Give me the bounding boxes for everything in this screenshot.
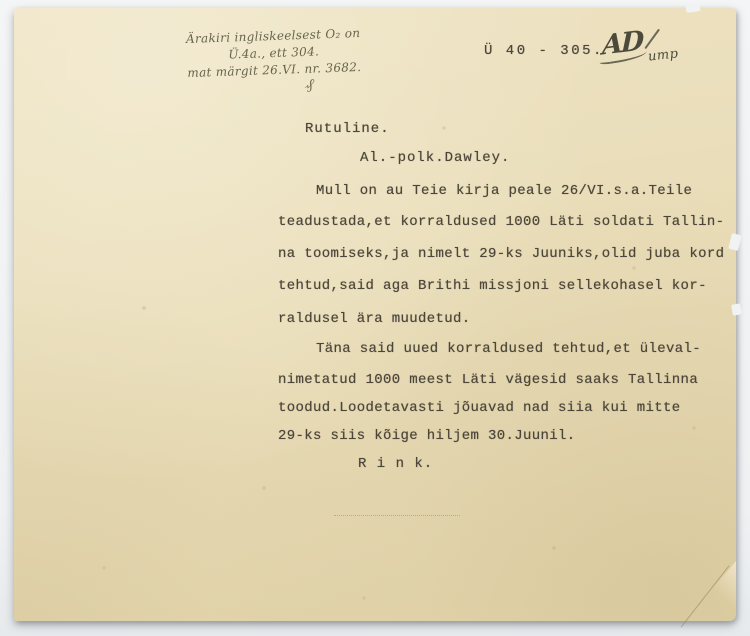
letter-line: Mull on au Teie kirja peale 26/VI.s.a.Te…: [316, 183, 692, 199]
typed-reference: Ü 40 - 305.: [484, 43, 604, 59]
letter-line: 29-ks siis kõige hiljem 30.Juunil.: [278, 428, 576, 444]
letter-line: teadustada,et korraldused 1000 Läti sold…: [278, 214, 724, 230]
dotted-fold-line: [334, 515, 460, 516]
signature-name: R i n k.: [358, 456, 433, 472]
letter-line: toodud.Loodetavasti jõuavad nad siia kui…: [278, 400, 681, 416]
letter-line: tehtud,said aga Brithi missjoni sellekoh…: [278, 278, 707, 294]
urgency-heading: Rutuline.: [305, 121, 390, 137]
handwritten-annotation: Ärakiri ingliskeelsest O₂ on Ü.4a., ett …: [163, 24, 385, 98]
paper-sheet: Ärakiri ingliskeelsest O₂ on Ü.4a., ett …: [14, 8, 736, 621]
letter-line: nimetatud 1000 meest Läti vägesid saaks …: [278, 372, 698, 388]
monogram-note: ump: [647, 46, 679, 64]
scan-background: { "colors": { "paper": "#e9ddb8", "backg…: [0, 0, 750, 636]
letter-line: Täna said uued korraldused tehtud,et üle…: [316, 341, 701, 357]
signature-monogram: AD ump: [602, 28, 682, 74]
paper-tear: [731, 303, 742, 315]
paper-tear: [686, 3, 701, 13]
paper-tear: [728, 233, 742, 251]
pen-slash-icon: [644, 29, 659, 49]
addressee-line: Al.-polk.Dawley.: [360, 150, 510, 166]
letter-line: raldusel ära muudetud.: [278, 311, 471, 327]
letter-line: na toomiseks,ja nimelt 29-ks Juuniks,oli…: [278, 246, 724, 262]
